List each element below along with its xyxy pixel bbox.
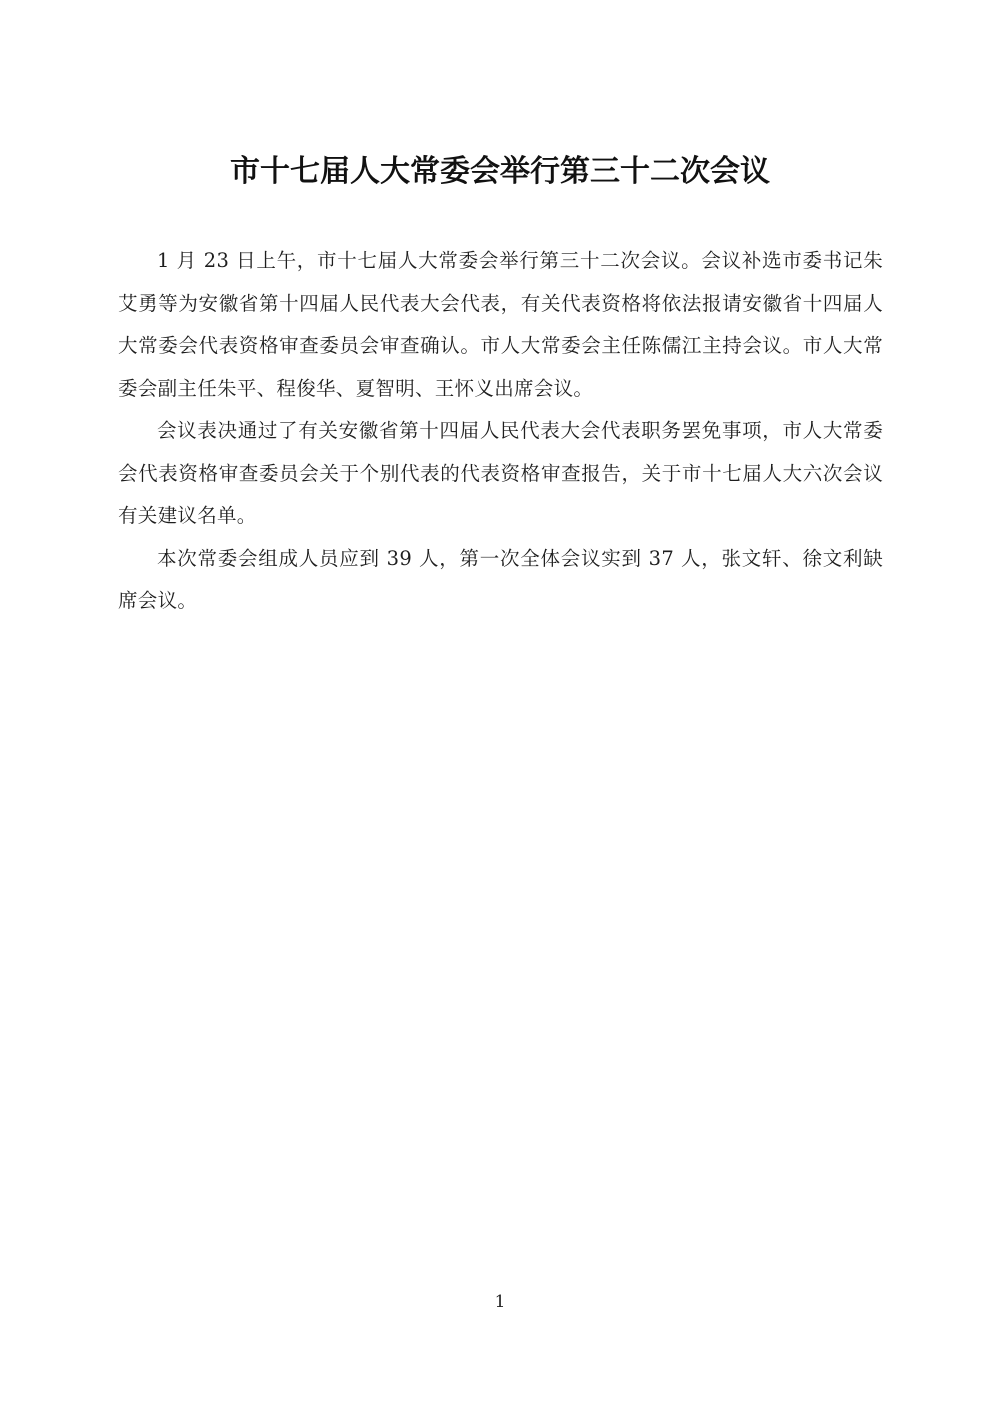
document-body: 1 月 23 日上午，市十七届人大常委会举行第三十二次会议。会议补选市委书记朱艾…: [118, 240, 883, 623]
paragraph-attendance: 本次常委会组成人员应到 39 人，第一次全体会议实到 37 人，张文轩、徐文利缺…: [118, 538, 883, 623]
paragraph-meeting-overview: 1 月 23 日上午，市十七届人大常委会举行第三十二次会议。会议补选市委书记朱艾…: [118, 240, 883, 410]
paragraph-resolutions: 会议表决通过了有关安徽省第十四届人民代表大会代表职务罢免事项，市人大常委会代表资…: [118, 410, 883, 538]
document-page: 市十七届人大常委会举行第三十二次会议 1 月 23 日上午，市十七届人大常委会举…: [0, 0, 1000, 1415]
document-title: 市十七届人大常委会举行第三十二次会议: [0, 150, 1000, 194]
page-number: 1: [0, 1290, 1000, 1314]
